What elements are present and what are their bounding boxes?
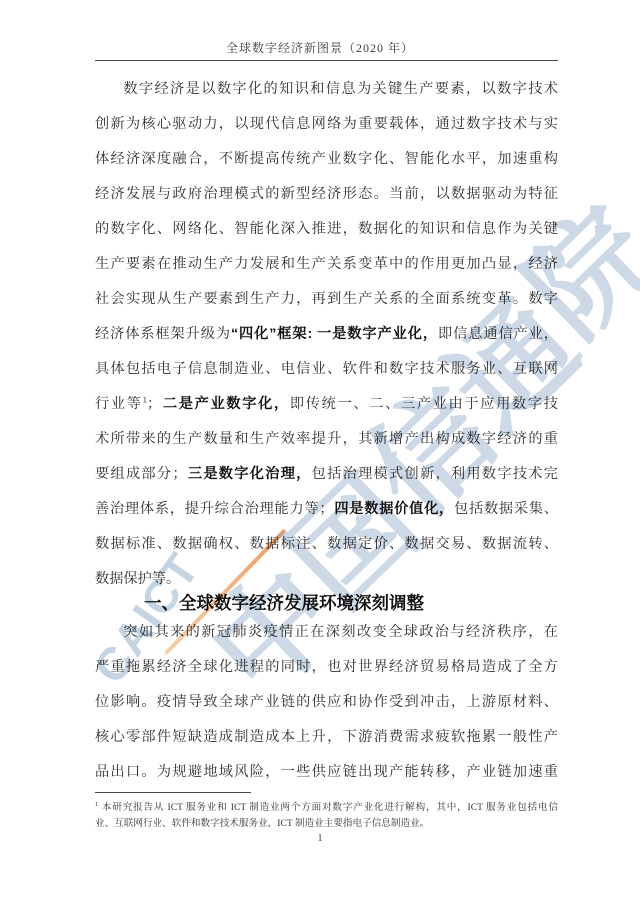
footnote-rule	[95, 792, 251, 793]
paragraph-line: 体经济深度融合，不断提高传统产业数字化、智能化水平，加速重构	[95, 142, 558, 177]
document-page: 全球数字经济新图景（2020 年） 数字经济是以数字化的知识和信息为关键生产要素…	[0, 0, 640, 905]
paragraph-line: 生产要素在推动生产力发展和生产关系变革中的作用更加凸显，经济	[95, 247, 558, 282]
footnote-line: 1本研究报告从 ICT 服务业和 ICT 制造业两个方面对数字产业化进行解构，其…	[95, 797, 558, 816]
page-number: 1	[0, 833, 640, 844]
header-rule	[95, 60, 558, 61]
paragraph-line: 突如其来的新冠肺炎疫情正在深刻改变全球政治与经济秩序，在	[95, 615, 558, 650]
paragraph-line: 数据标准、数据确权、数据标注、数据定价、数据交易、数据流转、	[95, 527, 558, 562]
paragraph-line: 善治理体系，提升综合治理能力等；四是数据价值化，包括数据采集、	[95, 492, 558, 527]
paragraph-line: 具体包括电子信息制造业、电信业、软件和数字技术服务业、互联网	[95, 352, 558, 387]
footnote: 1本研究报告从 ICT 服务业和 ICT 制造业两个方面对数字产业化进行解构，其…	[95, 797, 558, 832]
page-header-title: 全球数字经济新图景（2020 年）	[0, 39, 640, 56]
paragraph-line: 数字经济是以数字化的知识和信息为关键生产要素，以数字技术	[95, 72, 558, 107]
paragraph-line: 位影响。疫情导致全球产业链的供应和协作受到冲击，上游原材料、	[95, 685, 558, 720]
paragraph-line: 术所带来的生产数量和生产效率提升，其新增产出构成数字经济的重	[95, 422, 558, 457]
paragraph-line: 要组成部分；三是数字化治理，包括治理模式创新，利用数字技术完	[95, 457, 558, 492]
paragraph-line: 创新为核心驱动力，以现代信息网络为重要载体，通过数字技术与实	[95, 107, 558, 142]
paragraph-2: 突如其来的新冠肺炎疫情正在深刻改变全球政治与经济秩序，在 严重拖累经济全球化进程…	[95, 615, 558, 790]
paragraph-line: 经济发展与政府治理模式的新型经济形态。当前，以数据驱动为特征	[95, 177, 558, 212]
paragraph-line: 社会实现从生产要素到生产力，再到生产关系的全面系统变革。数字	[95, 282, 558, 317]
paragraph-line: 经济体系框架升级为“四化”框架: 一是数字产业化，即信息通信产业，	[95, 317, 558, 352]
paragraph-line: 严重拖累经济全球化进程的同时，也对世界经济贸易格局造成了全方	[95, 650, 558, 685]
paragraph-line: 的数字化、网络化、智能化深入推进，数据化的知识和信息作为关键	[95, 212, 558, 247]
footnote-marker: 1	[95, 801, 98, 808]
footnote-line: 业、互联网行业、软件和数字技术服务业，ICT 制造业主要指电子信息制造业。	[95, 816, 558, 832]
paragraph-line: 行业等1；二是产业数字化，即传统一、二、三产业由于应用数字技	[95, 387, 558, 422]
paragraph-line: 核心零部件短缺造成制造成本上升，下游消费需求疲软拖累一般性产	[95, 720, 558, 755]
paragraph-1: 数字经济是以数字化的知识和信息为关键生产要素，以数字技术 创新为核心驱动力，以现…	[95, 72, 558, 597]
paragraph-line: 品出口。为规避地域风险，一些供应链出现产能转移，产业链加速重	[95, 755, 558, 790]
